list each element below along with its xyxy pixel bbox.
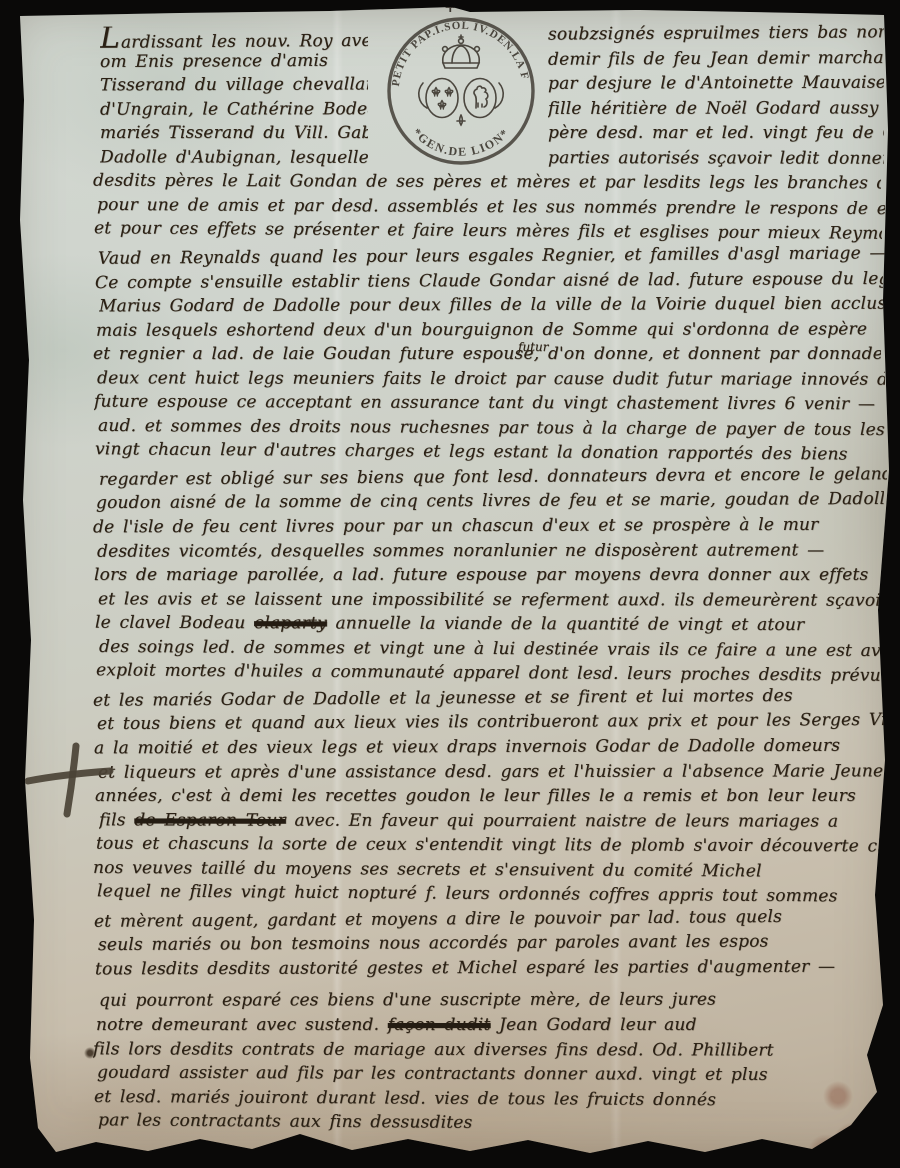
stamp-scrollwork-ornament (419, 83, 503, 125)
stamp-lion-shield-icon (464, 79, 496, 118)
interline-insertion: futur (518, 340, 548, 354)
stamp-crown-icon (443, 35, 480, 68)
margin-cross-mark (20, 740, 120, 820)
stamp-fleur-de-lis-shield-icon (426, 79, 458, 118)
manuscript-scan: { "page": { "background_color": "#0a0908… (0, 0, 900, 1168)
handwriting-line: par les contractants aux fins dessusdite… (98, 1109, 886, 1145)
paper-sheet: + Lardissant les nouv. Roy avesoubzsigné… (0, 0, 900, 1168)
handwriting-line: tous lesdits desdits austorité gestes et… (95, 956, 883, 989)
tax-stamp: PETIT PAP.I.SOL IV.DEN.LA F *GEN.DE LION… (375, 12, 547, 170)
stamp-outer-ring (389, 19, 533, 163)
stamp-top-arc-text: PETIT PAP.I.SOL IV.DEN.LA F (390, 20, 531, 87)
handwriting-block: Lardissant les nouv. Roy avesoubzsignés … (96, 24, 884, 1136)
